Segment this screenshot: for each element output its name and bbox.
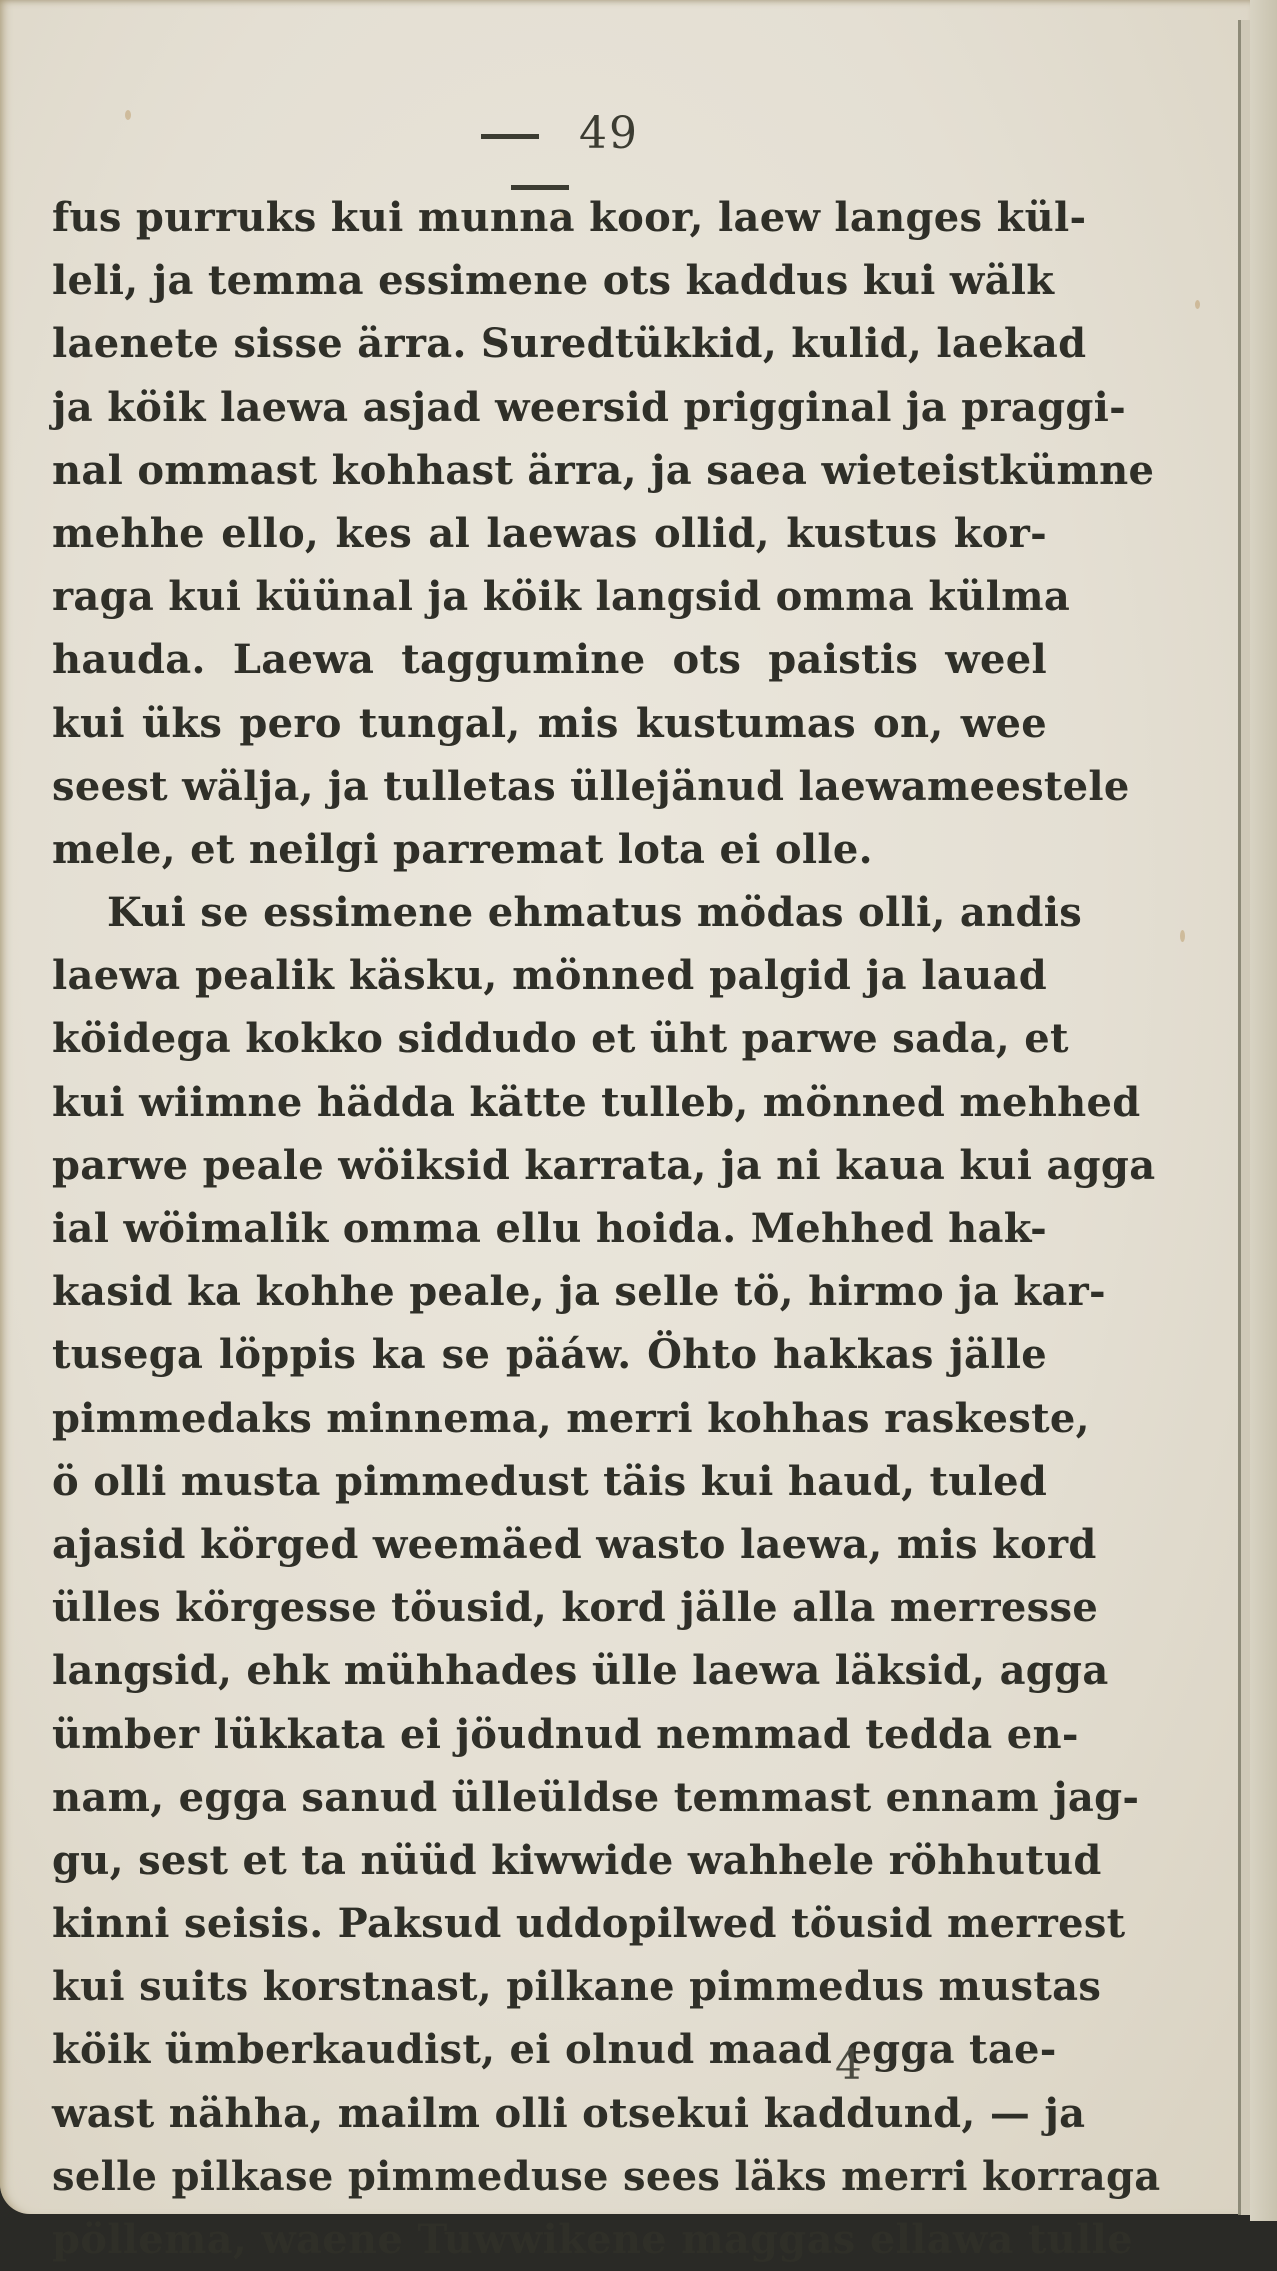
text-line: kui üks pero tungal, mis kustumas on, we… — [52, 692, 1047, 755]
text-line: wast nähha, mailm olli otsekui kaddund, … — [52, 2082, 1047, 2145]
text-line: ümber lükkata ei jöudnud nemmad tedda en… — [52, 1703, 1047, 1766]
text-line: leli, ja temma essimene ots kaddus kui w… — [52, 249, 1047, 312]
text-line-paragraph-end: mele, et neilgi parremat lota ei olle. — [52, 818, 1047, 881]
paper-stain — [125, 110, 131, 120]
paper-stain — [1180, 930, 1185, 942]
page-number: 49 — [579, 108, 639, 159]
text-line: pöllema, waene Tuwwikene maggas ellawa t… — [52, 2208, 1047, 2221]
text-line-paragraph-start: Kui se essimene ehmatus mödas olli, andi… — [52, 881, 1047, 944]
header-dash-left — [481, 134, 539, 139]
text-line: pimmedaks minnema, merri kohhas raskeste… — [52, 1387, 1047, 1450]
text-line: langsid, ehk mühhades ülle laewa läksid,… — [52, 1639, 1047, 1702]
text-line: tusega löppis ka se päáw. Öhto hakkas jä… — [52, 1323, 1047, 1386]
body-text: fus purruks kui munna koor, laew langes … — [52, 186, 1047, 2221]
book-edge — [1250, 0, 1277, 2221]
paper-stain — [1195, 300, 1200, 309]
text-line: laenete sisse ärra. Suredtükkid, kulid, … — [52, 312, 1047, 375]
text-line: hauda. Laewa taggumine ots paistis weel — [52, 628, 1047, 691]
text-line: kinni seisis. Paksud uddopilwed töusid m… — [52, 1892, 1047, 1955]
text-line: gu, sest et ta nüüd kiwwide wahhele röhh… — [52, 1829, 1047, 1892]
text-line: mehhe ello, kes al laewas ollid, kustus … — [52, 502, 1047, 565]
text-line: parwe peale wöiksid karrata, ja ni kaua … — [52, 1134, 1047, 1197]
text-line: kui suits korstnast, pilkane pimmedus mu… — [52, 1955, 1047, 2018]
text-line: kasid ka kohhe peale, ja selle tö, hirmo… — [52, 1260, 1047, 1323]
text-line: ajasid körged weemäed wasto laewa, mis k… — [52, 1513, 1047, 1576]
text-line: fus purruks kui munna koor, laew langes … — [52, 186, 1047, 249]
text-line: köidega kokko siddudo et üht parwe sada,… — [52, 1007, 1047, 1070]
text-line: seest wälja, ja tulletas üllejänud laewa… — [52, 755, 1047, 818]
text-line: ja köik laewa asjad weersid prigginal ja… — [52, 376, 1047, 439]
signature-mark: 4 — [835, 2040, 862, 2089]
text-line: ülles körgesse töusid, kord jälle alla m… — [52, 1576, 1047, 1639]
text-line: nal ommast kohhast ärra, ja saea wieteis… — [52, 439, 1047, 502]
text-line: nam, egga sanud ülleüldse temmast ennam … — [52, 1766, 1047, 1829]
text-line: raga kui küünal ja köik langsid omma kül… — [52, 565, 1047, 628]
text-line: laewa pealik käsku, mönned palgid ja lau… — [52, 944, 1047, 1007]
text-line: selle pilkase pimmeduse sees läks merri … — [52, 2145, 1047, 2208]
book-page: 49 fus purruks kui munna koor, laew lang… — [0, 0, 1250, 2214]
text-line: köik ümberkaudist, ei olnud maad egga ta… — [52, 2018, 1047, 2081]
text-line: kui wiimne hädda kätte tulleb, mönned me… — [52, 1071, 1047, 1134]
text-line: ial wöimalik omma ellu hoida. Mehhed hak… — [52, 1197, 1047, 1260]
text-line: ö olli musta pimmedust täis kui haud, tu… — [52, 1450, 1047, 1513]
